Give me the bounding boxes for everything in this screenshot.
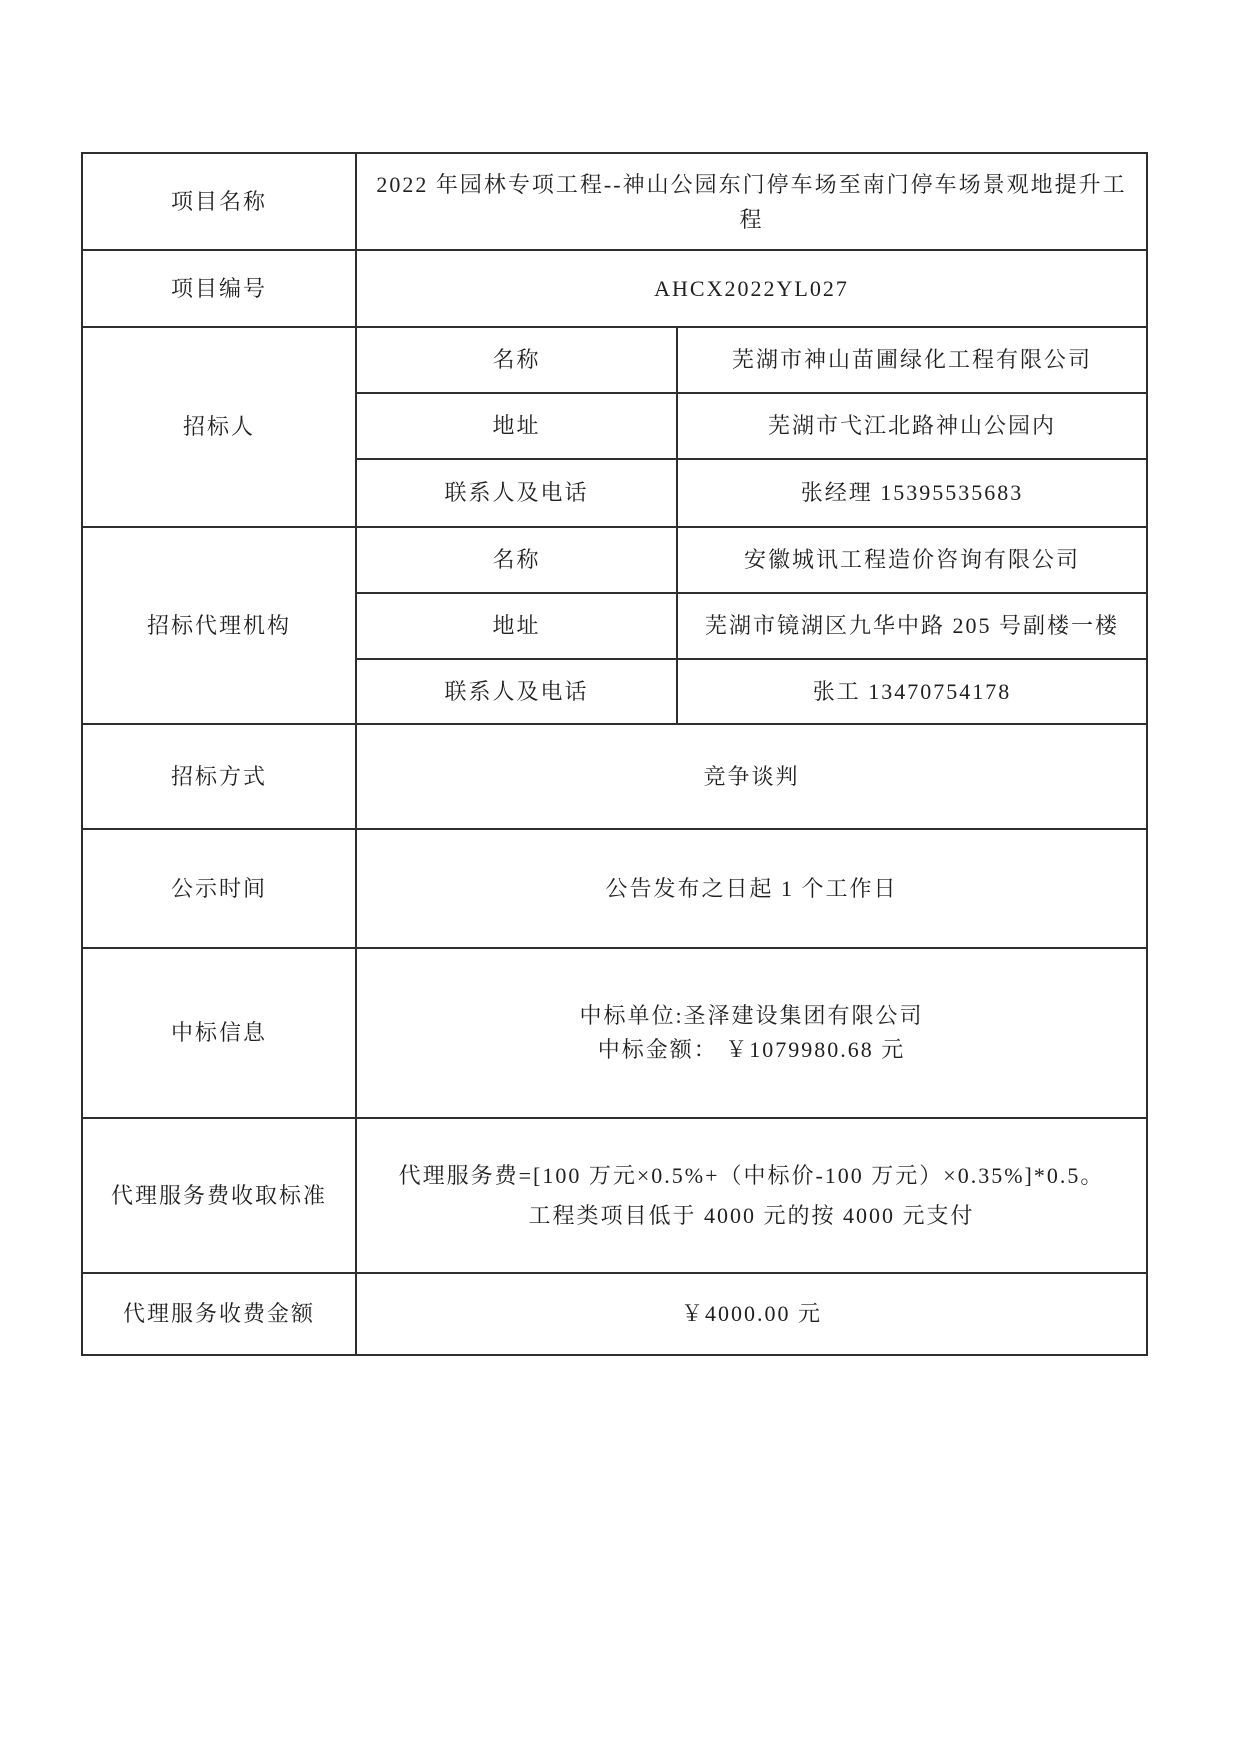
agency-label: 招标代理机构 [82, 527, 356, 724]
tender-method-label: 招标方式 [82, 724, 356, 829]
tender-method-value: 竞争谈判 [356, 724, 1147, 829]
document-page: 项目名称 2022 年园林专项工程--神山公园东门停车场至南门停车场景观地提升工… [0, 0, 1240, 1754]
tenderer-contact-value: 张经理 15395535683 [677, 459, 1147, 527]
agency-fee-standard-label: 代理服务费收取标准 [82, 1118, 356, 1273]
award-winner-line: 中标单位:圣泽建设集团有限公司 [365, 999, 1138, 1033]
agency-fee-standard-text: 代理服务费=[100 万元×0.5%+（中标价-100 万元）×0.35%]*0… [365, 1156, 1138, 1236]
agency-fee-standard-value: 代理服务费=[100 万元×0.5%+（中标价-100 万元）×0.35%]*0… [356, 1118, 1147, 1273]
project-name-value: 2022 年园林专项工程--神山公园东门停车场至南门停车场景观地提升工程 [356, 153, 1147, 250]
tenderer-label: 招标人 [82, 327, 356, 527]
agency-fee-formula-line: 代理服务费=[100 万元×0.5%+（中标价-100 万元）×0.35%]*0… [365, 1156, 1138, 1196]
tenderer-address-value: 芜湖市弋江北路神山公园内 [677, 393, 1147, 459]
award-amount-line: 中标金额： ￥1079980.68 元 [365, 1033, 1138, 1067]
tenderer-contact-label: 联系人及电话 [356, 459, 677, 527]
table-row: 项目编号 AHCX2022YL027 [82, 250, 1147, 327]
award-info-value: 中标单位:圣泽建设集团有限公司 中标金额： ￥1079980.68 元 [356, 948, 1147, 1118]
table-row: 代理服务收费金额 ￥4000.00 元 [82, 1273, 1147, 1355]
publicity-period-label: 公示时间 [82, 829, 356, 948]
agency-address-label: 地址 [356, 593, 677, 659]
table-row: 中标信息 中标单位:圣泽建设集团有限公司 中标金额： ￥1079980.68 元 [82, 948, 1147, 1118]
table-row: 项目名称 2022 年园林专项工程--神山公园东门停车场至南门停车场景观地提升工… [82, 153, 1147, 250]
project-number-label: 项目编号 [82, 250, 356, 327]
table-row: 招标人 名称 芜湖市神山苗圃绿化工程有限公司 [82, 327, 1147, 393]
publicity-period-value: 公告发布之日起 1 个工作日 [356, 829, 1147, 948]
tenderer-address-label: 地址 [356, 393, 677, 459]
tender-announcement-table: 项目名称 2022 年园林专项工程--神山公园东门停车场至南门停车场景观地提升工… [81, 152, 1148, 1356]
agency-fee-amount-label: 代理服务收费金额 [82, 1273, 356, 1355]
agency-contact-value: 张工 13470754178 [677, 659, 1147, 724]
agency-fee-amount-value: ￥4000.00 元 [356, 1273, 1147, 1355]
tenderer-name-label: 名称 [356, 327, 677, 393]
agency-name-label: 名称 [356, 527, 677, 593]
project-name-text: 2022 年园林专项工程--神山公园东门停车场至南门停车场景观地提升工程 [373, 167, 1131, 237]
table-row: 招标方式 竞争谈判 [82, 724, 1147, 829]
project-name-label: 项目名称 [82, 153, 356, 250]
project-number-value: AHCX2022YL027 [356, 250, 1147, 327]
table-row: 代理服务费收取标准 代理服务费=[100 万元×0.5%+（中标价-100 万元… [82, 1118, 1147, 1273]
table-row: 公示时间 公告发布之日起 1 个工作日 [82, 829, 1147, 948]
tenderer-name-value: 芜湖市神山苗圃绿化工程有限公司 [677, 327, 1147, 393]
award-info-label: 中标信息 [82, 948, 356, 1118]
agency-fee-note-line: 工程类项目低于 4000 元的按 4000 元支付 [365, 1196, 1138, 1236]
agency-address-value: 芜湖市镜湖区九华中路 205 号副楼一楼 [677, 593, 1147, 659]
agency-name-value: 安徽城讯工程造价咨询有限公司 [677, 527, 1147, 593]
table-row: 招标代理机构 名称 安徽城讯工程造价咨询有限公司 [82, 527, 1147, 593]
agency-contact-label: 联系人及电话 [356, 659, 677, 724]
